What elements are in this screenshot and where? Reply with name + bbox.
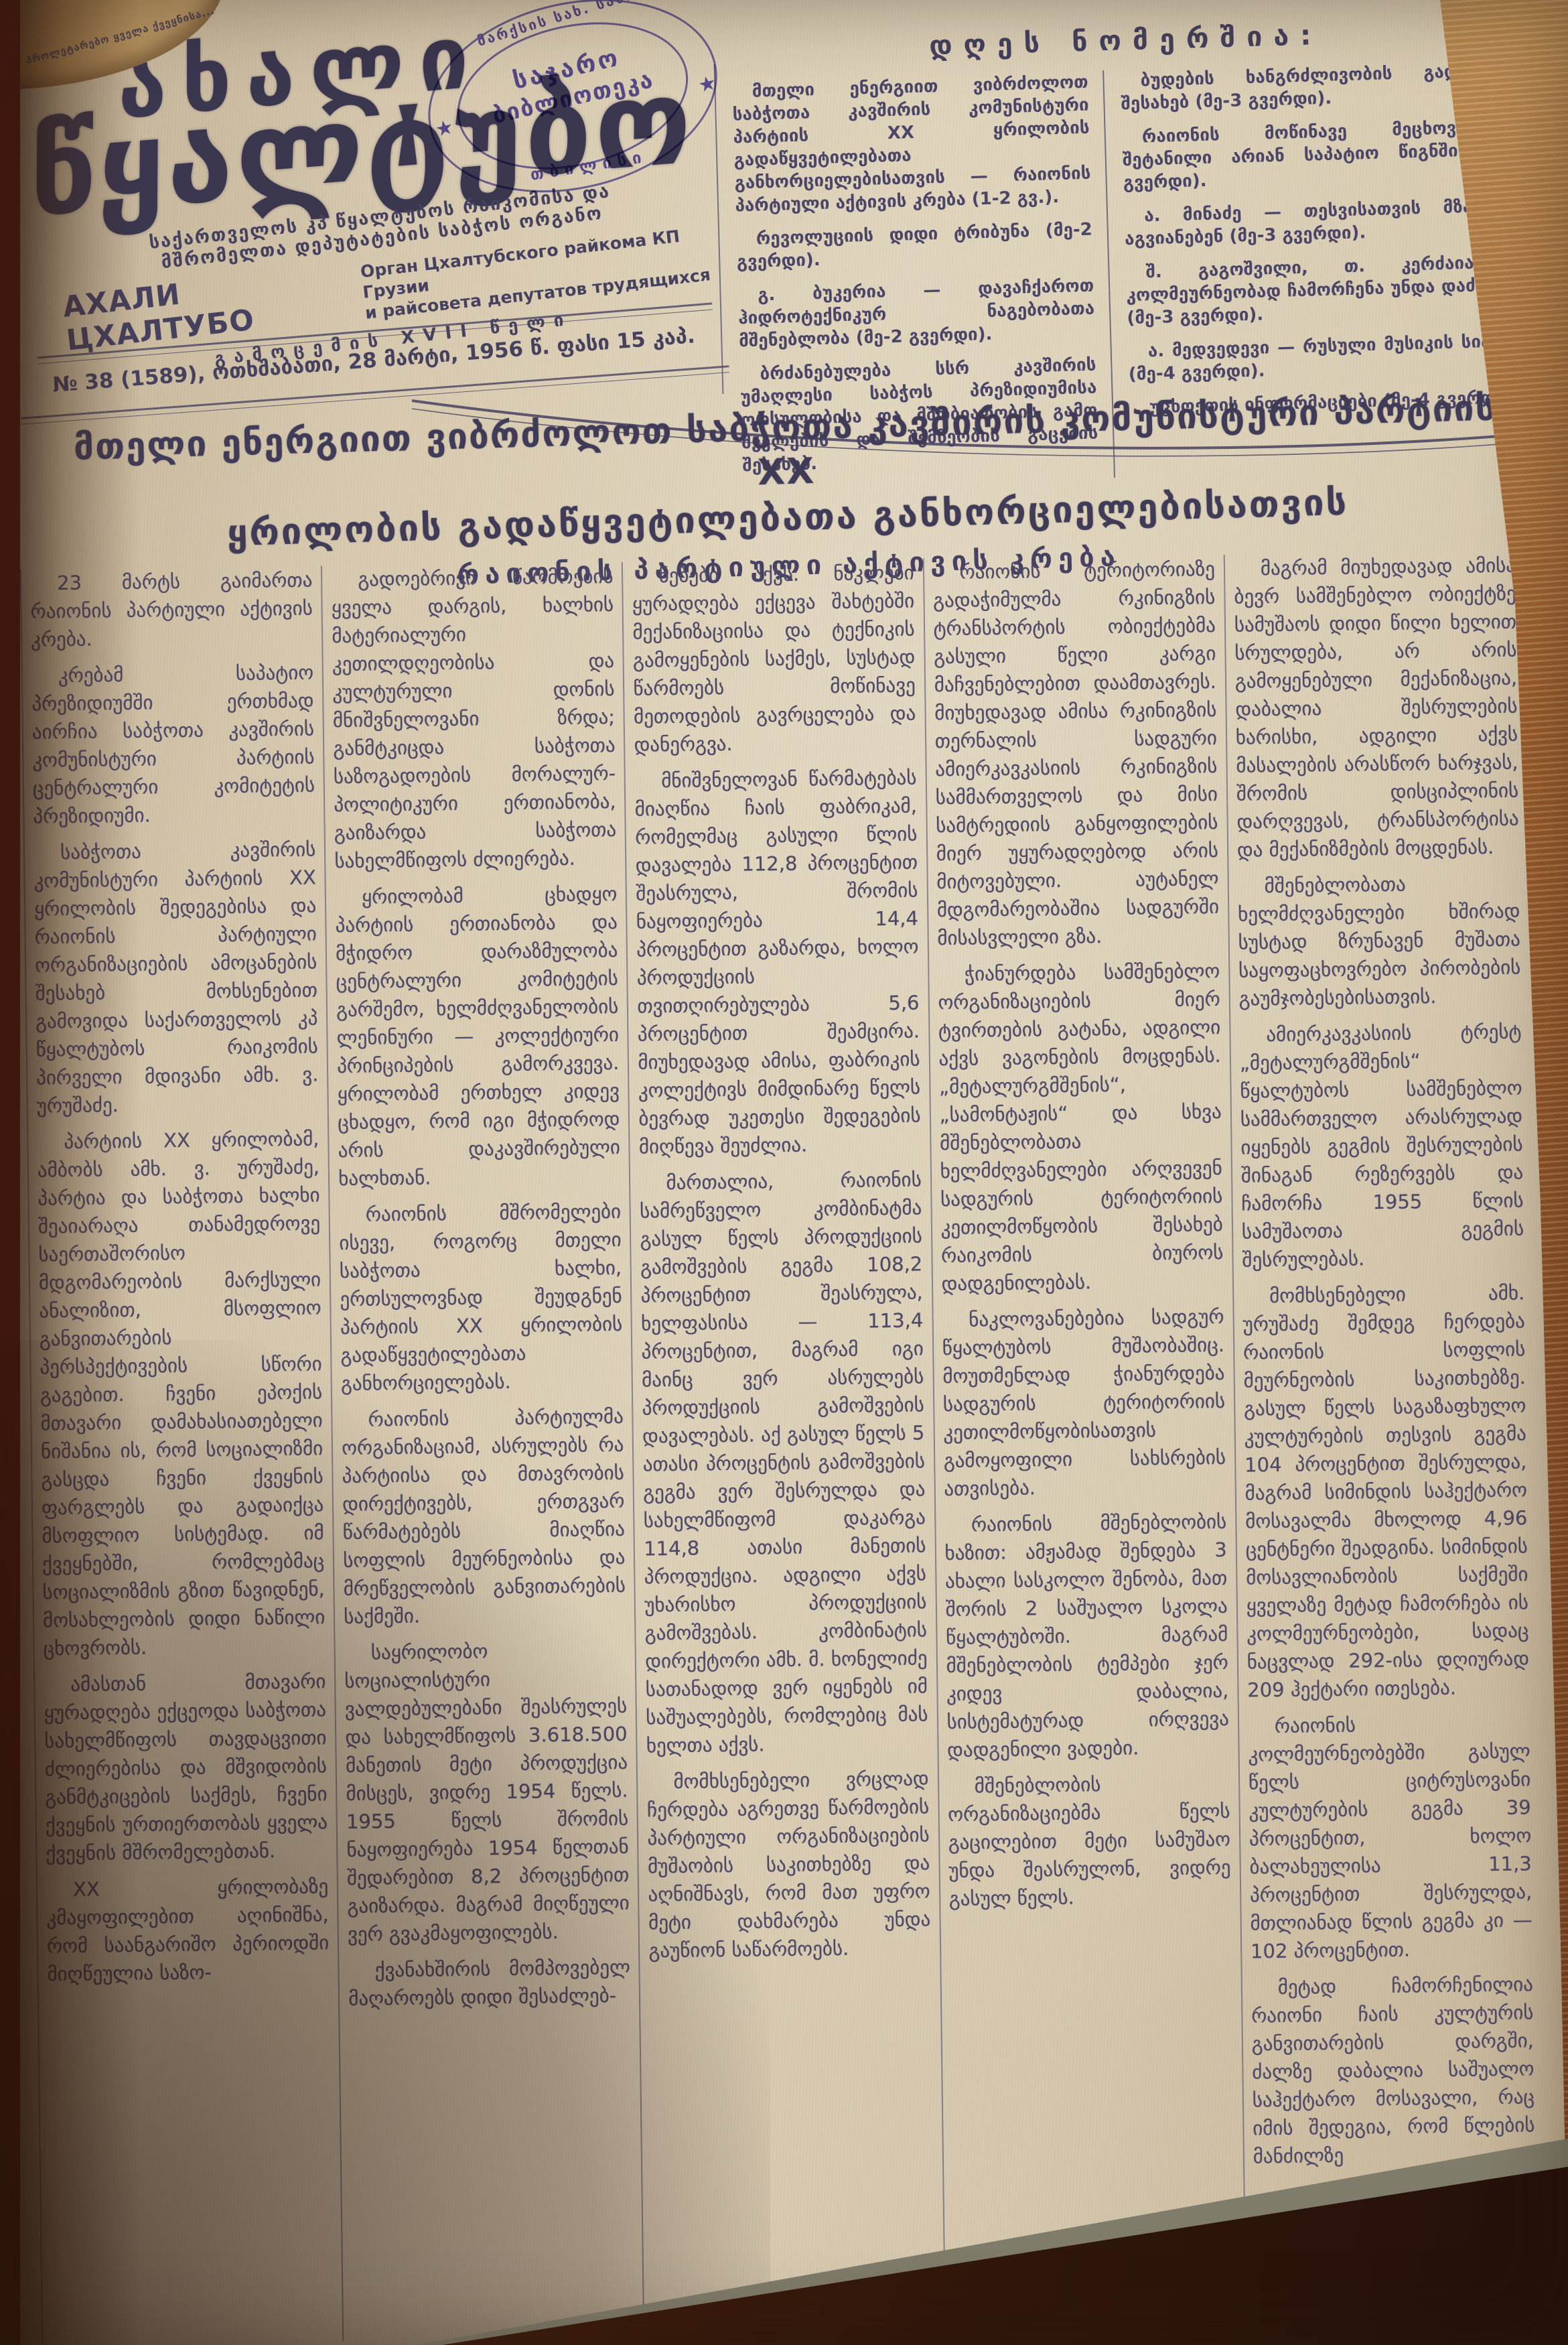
photo-scene: ახალი წყალტუბო საქართველოს კპ წყალტუბოს …: [0, 0, 1568, 2345]
photo-vignette: [0, 0, 1568, 2345]
